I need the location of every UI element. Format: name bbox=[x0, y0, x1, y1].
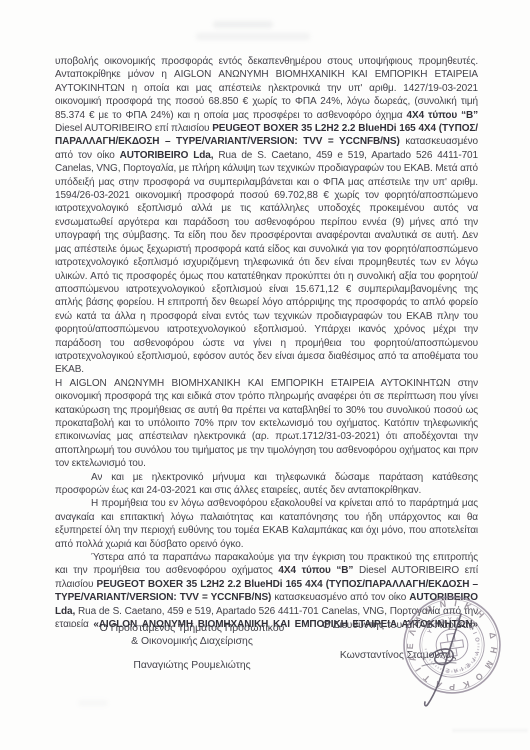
ink-signature bbox=[398, 600, 513, 712]
paragraph-run-bold: 4Χ4 τύπου “Β” bbox=[407, 110, 478, 121]
paragraph: υποβολής οικονομικής προσφοράς εντός δεκ… bbox=[55, 55, 478, 377]
paragraph-run: Rua de S. Caetano, 459 e 519, Apartado 5… bbox=[55, 150, 478, 376]
paragraph: Η προμήθεια του εν λόγω ασθενοφόρου εξακ… bbox=[55, 497, 478, 551]
signatory-left-name: Παναγιώτης Ρουμελιώτης bbox=[72, 659, 312, 672]
paragraph-run: Η AIGLON ΑΝΩΝΥΜΗ ΒΙΟΜΗΧΑΝΙΚΗ ΚΑΙ ΕΜΠΟΡΙΚ… bbox=[55, 378, 478, 469]
scan-artifact bbox=[196, 33, 310, 40]
paragraph: Η AIGLON ΑΝΩΝΥΜΗ ΒΙΟΜΗΧΑΝΙΚΗ ΚΑΙ ΕΜΠΟΡΙΚ… bbox=[55, 377, 478, 471]
paragraph-run-bold: AUTORIBEIRO Lda, bbox=[120, 150, 214, 161]
paragraph-run-bold: 4Χ4 τύπου “Β” bbox=[278, 565, 353, 576]
signatory-left: Ο Προϊστάμενος Τμήματος Προσωπικού & Οικ… bbox=[72, 622, 312, 672]
paragraph-run: Η προμήθεια του εν λόγω ασθενοφόρου εξακ… bbox=[55, 498, 478, 549]
paragraph-run: Diesel AUTORIBEIRO επί πλαισίου bbox=[55, 123, 212, 134]
signatory-left-title-line1: Ο Προϊστάμενος Τμήματος Προσωπικού bbox=[100, 623, 285, 634]
scan-artifact bbox=[213, 21, 273, 28]
scanned-document-page: υποβολής οικονομικής προσφοράς εντός δεκ… bbox=[0, 0, 530, 750]
scan-artifact bbox=[78, 700, 108, 706]
paragraph: Αν και με ηλεκτρονικό μήνυμα και τηλεφων… bbox=[55, 471, 478, 498]
signatory-left-title-line2: & Οικονομικής Διαχείρισης bbox=[131, 636, 253, 647]
paragraph-run: Αν και με ηλεκτρονικό μήνυμα και τηλεφων… bbox=[55, 472, 478, 496]
paragraph-run: κατασκευασμένο από τον οίκο bbox=[271, 592, 409, 603]
scan-artifact bbox=[452, 729, 528, 732]
document-body: υποβολής οικονομικής προσφοράς εντός δεκ… bbox=[55, 55, 478, 627]
